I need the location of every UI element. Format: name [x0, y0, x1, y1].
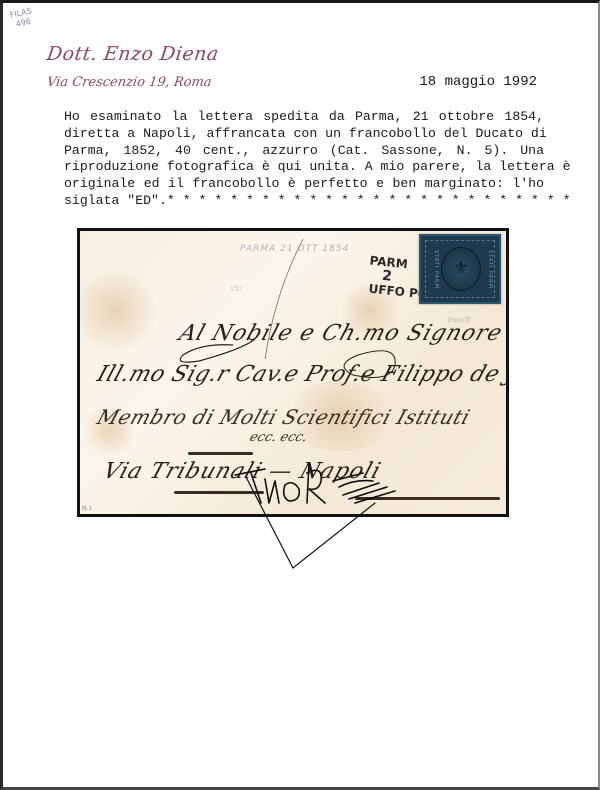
certificate-text: Ho esaminato la lettera spedita da Parma…: [64, 109, 544, 210]
pencil-annotation-line2: 496: [15, 16, 35, 30]
paper-stain: [77, 271, 160, 351]
letterhead-address: Via Crescenzio 19, Roma: [46, 75, 213, 90]
ink-underline: [174, 491, 264, 494]
certificate-line: Ho esaminato la lettera spedita da Parma…: [64, 109, 544, 126]
certificate-page: FILAS 496 Dott. Enzo Diena Via Crescenzi…: [0, 0, 600, 790]
address-line-5: Via Tribunali — Napoli: [100, 459, 384, 484]
address-line-1: Al Nobile e Ch.mo Signore: [176, 321, 506, 346]
certificate-line: diretta a Napoli, affrancata con un fran…: [64, 126, 544, 143]
postage-stamp: STATI PARM ⚜ STATI PARM: [419, 234, 501, 304]
address-line-2: Ill.mo Sig.r Cav.e Prof.e Filippo de Jor…: [94, 362, 509, 387]
address-line-4: ecc. ecc.: [248, 430, 310, 445]
address-line-3: Membro di Molti Scientifici Istituti: [94, 405, 473, 429]
certificate-line: riproduzione fotografica è qui unita. A …: [64, 159, 544, 176]
fleur-de-lis-icon: ⚜: [442, 258, 480, 279]
postmark-parma: PARMA 21 OTT 1854: [240, 244, 349, 254]
stamp-side-text-left: STATI PARM: [429, 244, 439, 294]
certificate-line: originale ed il francobollo è perfetto e…: [64, 176, 544, 193]
postmark-small: 05?: [230, 285, 243, 293]
letterhead-name: Dott. Enzo Diena: [45, 43, 220, 65]
stamp-side-text-right: STATI PARM: [483, 244, 493, 294]
cover-photograph: PARMA 21 OTT 1854 05? PARM 2 UFFO POS ST…: [77, 228, 509, 517]
ink-underline: [188, 452, 253, 455]
certificate-line: Parma, 1852, 40 cent., azzurro (Cat. Sas…: [64, 143, 544, 160]
folio-number: N.1: [82, 505, 92, 512]
pencil-annotation: FILAS 496: [9, 6, 35, 30]
certificate-date: 18 maggio 1992: [419, 74, 537, 90]
stamp-medallion: ⚜: [441, 247, 481, 291]
certificate-line: siglata "ED".* * * * * * * * * * * * * *…: [64, 193, 544, 210]
ink-underline: [355, 497, 500, 500]
